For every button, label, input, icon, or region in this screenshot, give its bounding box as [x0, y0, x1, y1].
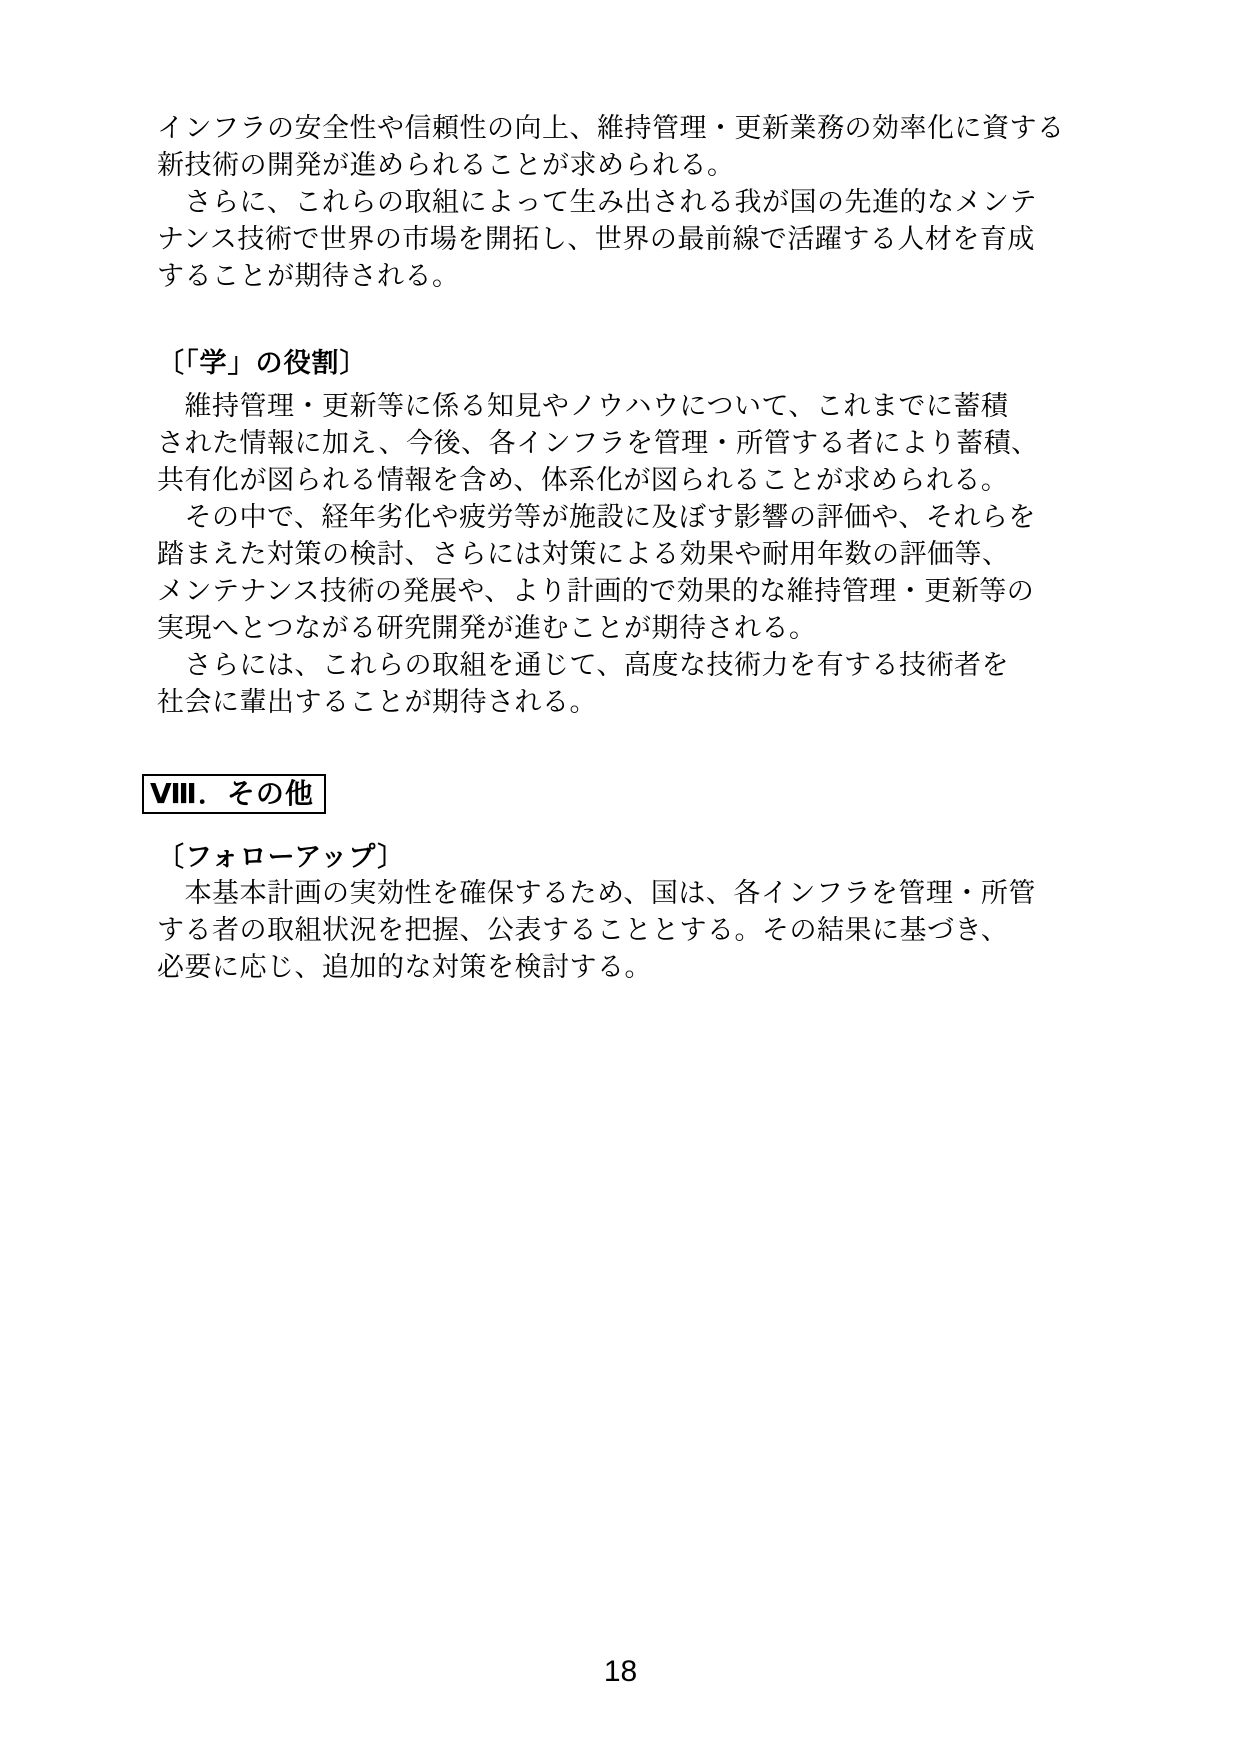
body-text-line: さらには、これらの取組を通じて、高度な技術力を有する技術者を [157, 647, 1097, 684]
document-page: インフラの安全性や信頼性の向上、維持管理・更新業務の効率化に資する 新技術の開発… [0, 0, 1241, 1755]
body-text-line: さらに、これらの取組によって生み出される我が国の先進的なメンテ [157, 184, 1097, 221]
body-text-line: 実現へとつながる研究開発が進むことが期待される。 [157, 610, 1097, 647]
body-text-line: することが期待される。 [157, 258, 1097, 295]
section-viii-wrap: Ⅷ．その他 [142, 774, 1097, 814]
paragraph-gaku-role: 維持管理・更新等に係る知見やノウハウについて、これまでに蓄積 された情報に加え、… [157, 388, 1097, 721]
section-heading-followup: 〔フォローアップ〕 [157, 842, 1097, 872]
body-text-line: 本基本計画の実効性を確保するため、国は、各インフラを管理・所管 [157, 875, 1097, 912]
body-text-line: する者の取組状況を把握、公表することとする。その結果に基づき、 [157, 912, 1097, 949]
body-text-line: 新技術の開発が進められることが求められる。 [157, 147, 1097, 184]
body-text-line: 踏まえた対策の検討、さらには対策による効果や耐用年数の評価等、 [157, 536, 1097, 573]
paragraph-intro: インフラの安全性や信頼性の向上、維持管理・更新業務の効率化に資する 新技術の開発… [157, 110, 1097, 295]
body-text-line: 維持管理・更新等に係る知見やノウハウについて、これまでに蓄積 [157, 388, 1097, 425]
page-number: 18 [0, 1655, 1241, 1689]
body-text-line: その中で、経年劣化や疲労等が施設に及ぼす影響の評価や、それらを [157, 499, 1097, 536]
page-content: インフラの安全性や信頼性の向上、維持管理・更新業務の効率化に資する 新技術の開発… [157, 110, 1097, 986]
section-heading-viii-others: Ⅷ．その他 [142, 774, 326, 814]
body-text-line: インフラの安全性や信頼性の向上、維持管理・更新業務の効率化に資する [157, 110, 1097, 147]
body-text-line: 共有化が図られる情報を含め、体系化が図られることが求められる。 [157, 462, 1097, 499]
body-text-line: された情報に加え、今後、各インフラを管理・所管する者により蓄積、 [157, 425, 1097, 462]
body-text-line: 社会に輩出することが期待される。 [157, 684, 1097, 721]
body-text-line: メンテナンス技術の発展や、より計画的で効果的な維持管理・更新等の [157, 573, 1097, 610]
body-text-line: ナンス技術で世界の市場を開拓し、世界の最前線で活躍する人材を育成 [157, 221, 1097, 258]
paragraph-followup: 本基本計画の実効性を確保するため、国は、各インフラを管理・所管 する者の取組状況… [157, 875, 1097, 986]
body-text-line: 必要に応じ、追加的な対策を検討する。 [157, 949, 1097, 986]
section-heading-gaku-role: 〔「学」の役割〕 [157, 348, 1097, 378]
